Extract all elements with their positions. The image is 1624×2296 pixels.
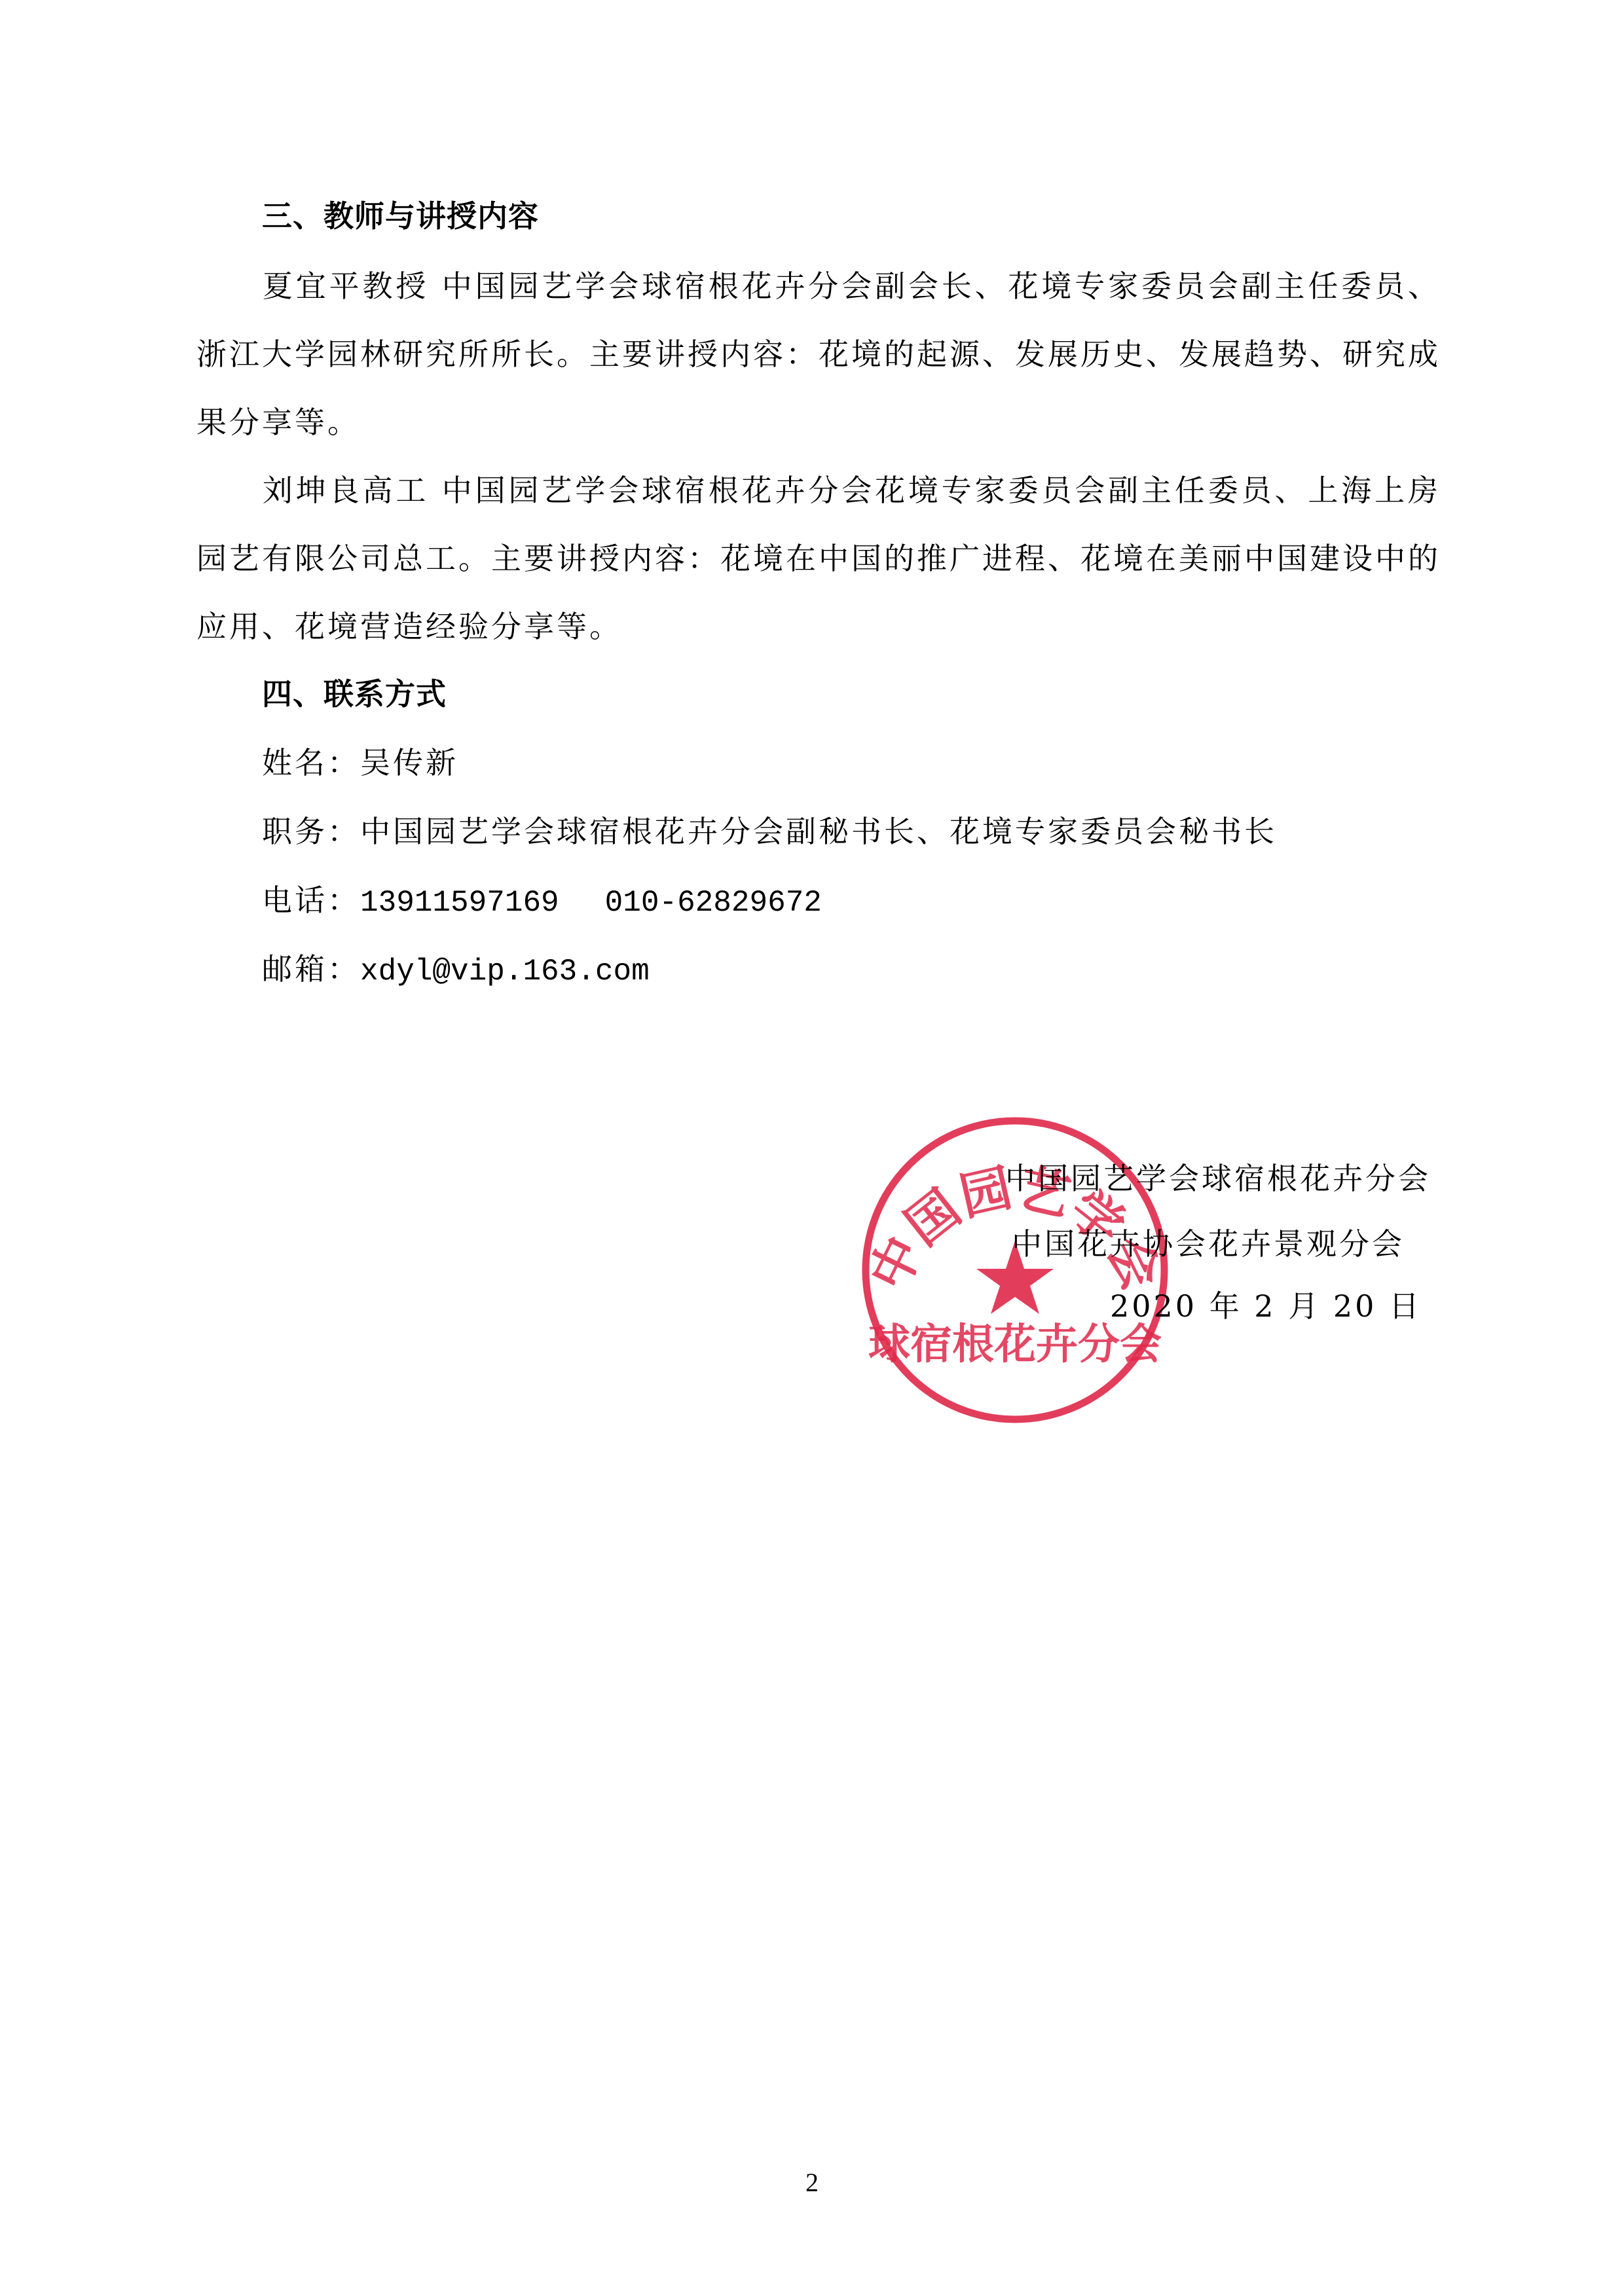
contact-name-label: 姓名： [262,745,360,780]
teacher-name: 夏宜平教授 [262,268,429,304]
page-number: 2 [0,2167,1624,2198]
contact-name-value: 吴传新 [360,745,458,780]
teacher-paragraph: 夏宜平教授 中国园艺学会球宿根花卉分会副会长、花境专家委员会副主任委员、浙江大学… [196,252,1441,456]
teacher-name: 刘坤良高工 [262,473,429,508]
seal-bottom-text: 球宿根花卉分会 [868,1321,1162,1369]
contact-position-label: 职务： [262,814,360,849]
contact-email-label: 邮箱： [262,951,360,987]
contact-name-row: 姓名：吴传新 [262,743,458,782]
contact-email-row: 邮箱：xdyl@vip.163.com [262,949,650,991]
signature-org-1: 中国园艺学会球宿根花卉分会 [1005,1159,1431,1198]
contact-position-row: 职务：中国园艺学会球宿根花卉分会副秘书长、花境专家委员会秘书长 [262,812,1277,851]
signature-date: 2020 年 2 月 20 日 [1110,1286,1422,1326]
contact-phone-row: 电话：13911597169010-62829672 [262,881,822,922]
contact-phone-mobile: 13911597169 [360,886,559,920]
section-heading-contact: 四、联系方式 [262,674,447,714]
document-page: 三、教师与讲授内容 夏宜平教授 中国园艺学会球宿根花卉分会副会长、花境专家委员会… [0,0,1624,2296]
teacher-paragraph: 刘坤良高工 中国园艺学会球宿根花卉分会花境专家委员会副主任委员、上海上房园艺有限… [196,456,1441,661]
signature-org-2: 中国花卉协会花卉景观分会 [1012,1224,1405,1264]
contact-email-value: xdyl@vip.163.com [360,955,650,989]
contact-phone-office: 010-62829672 [605,886,822,920]
contact-position-value: 中国园艺学会球宿根花卉分会副秘书长、花境专家委员会秘书长 [360,814,1277,849]
contact-phone-label: 电话： [262,883,360,918]
section-heading-teachers: 三、教师与讲授内容 [262,196,539,236]
